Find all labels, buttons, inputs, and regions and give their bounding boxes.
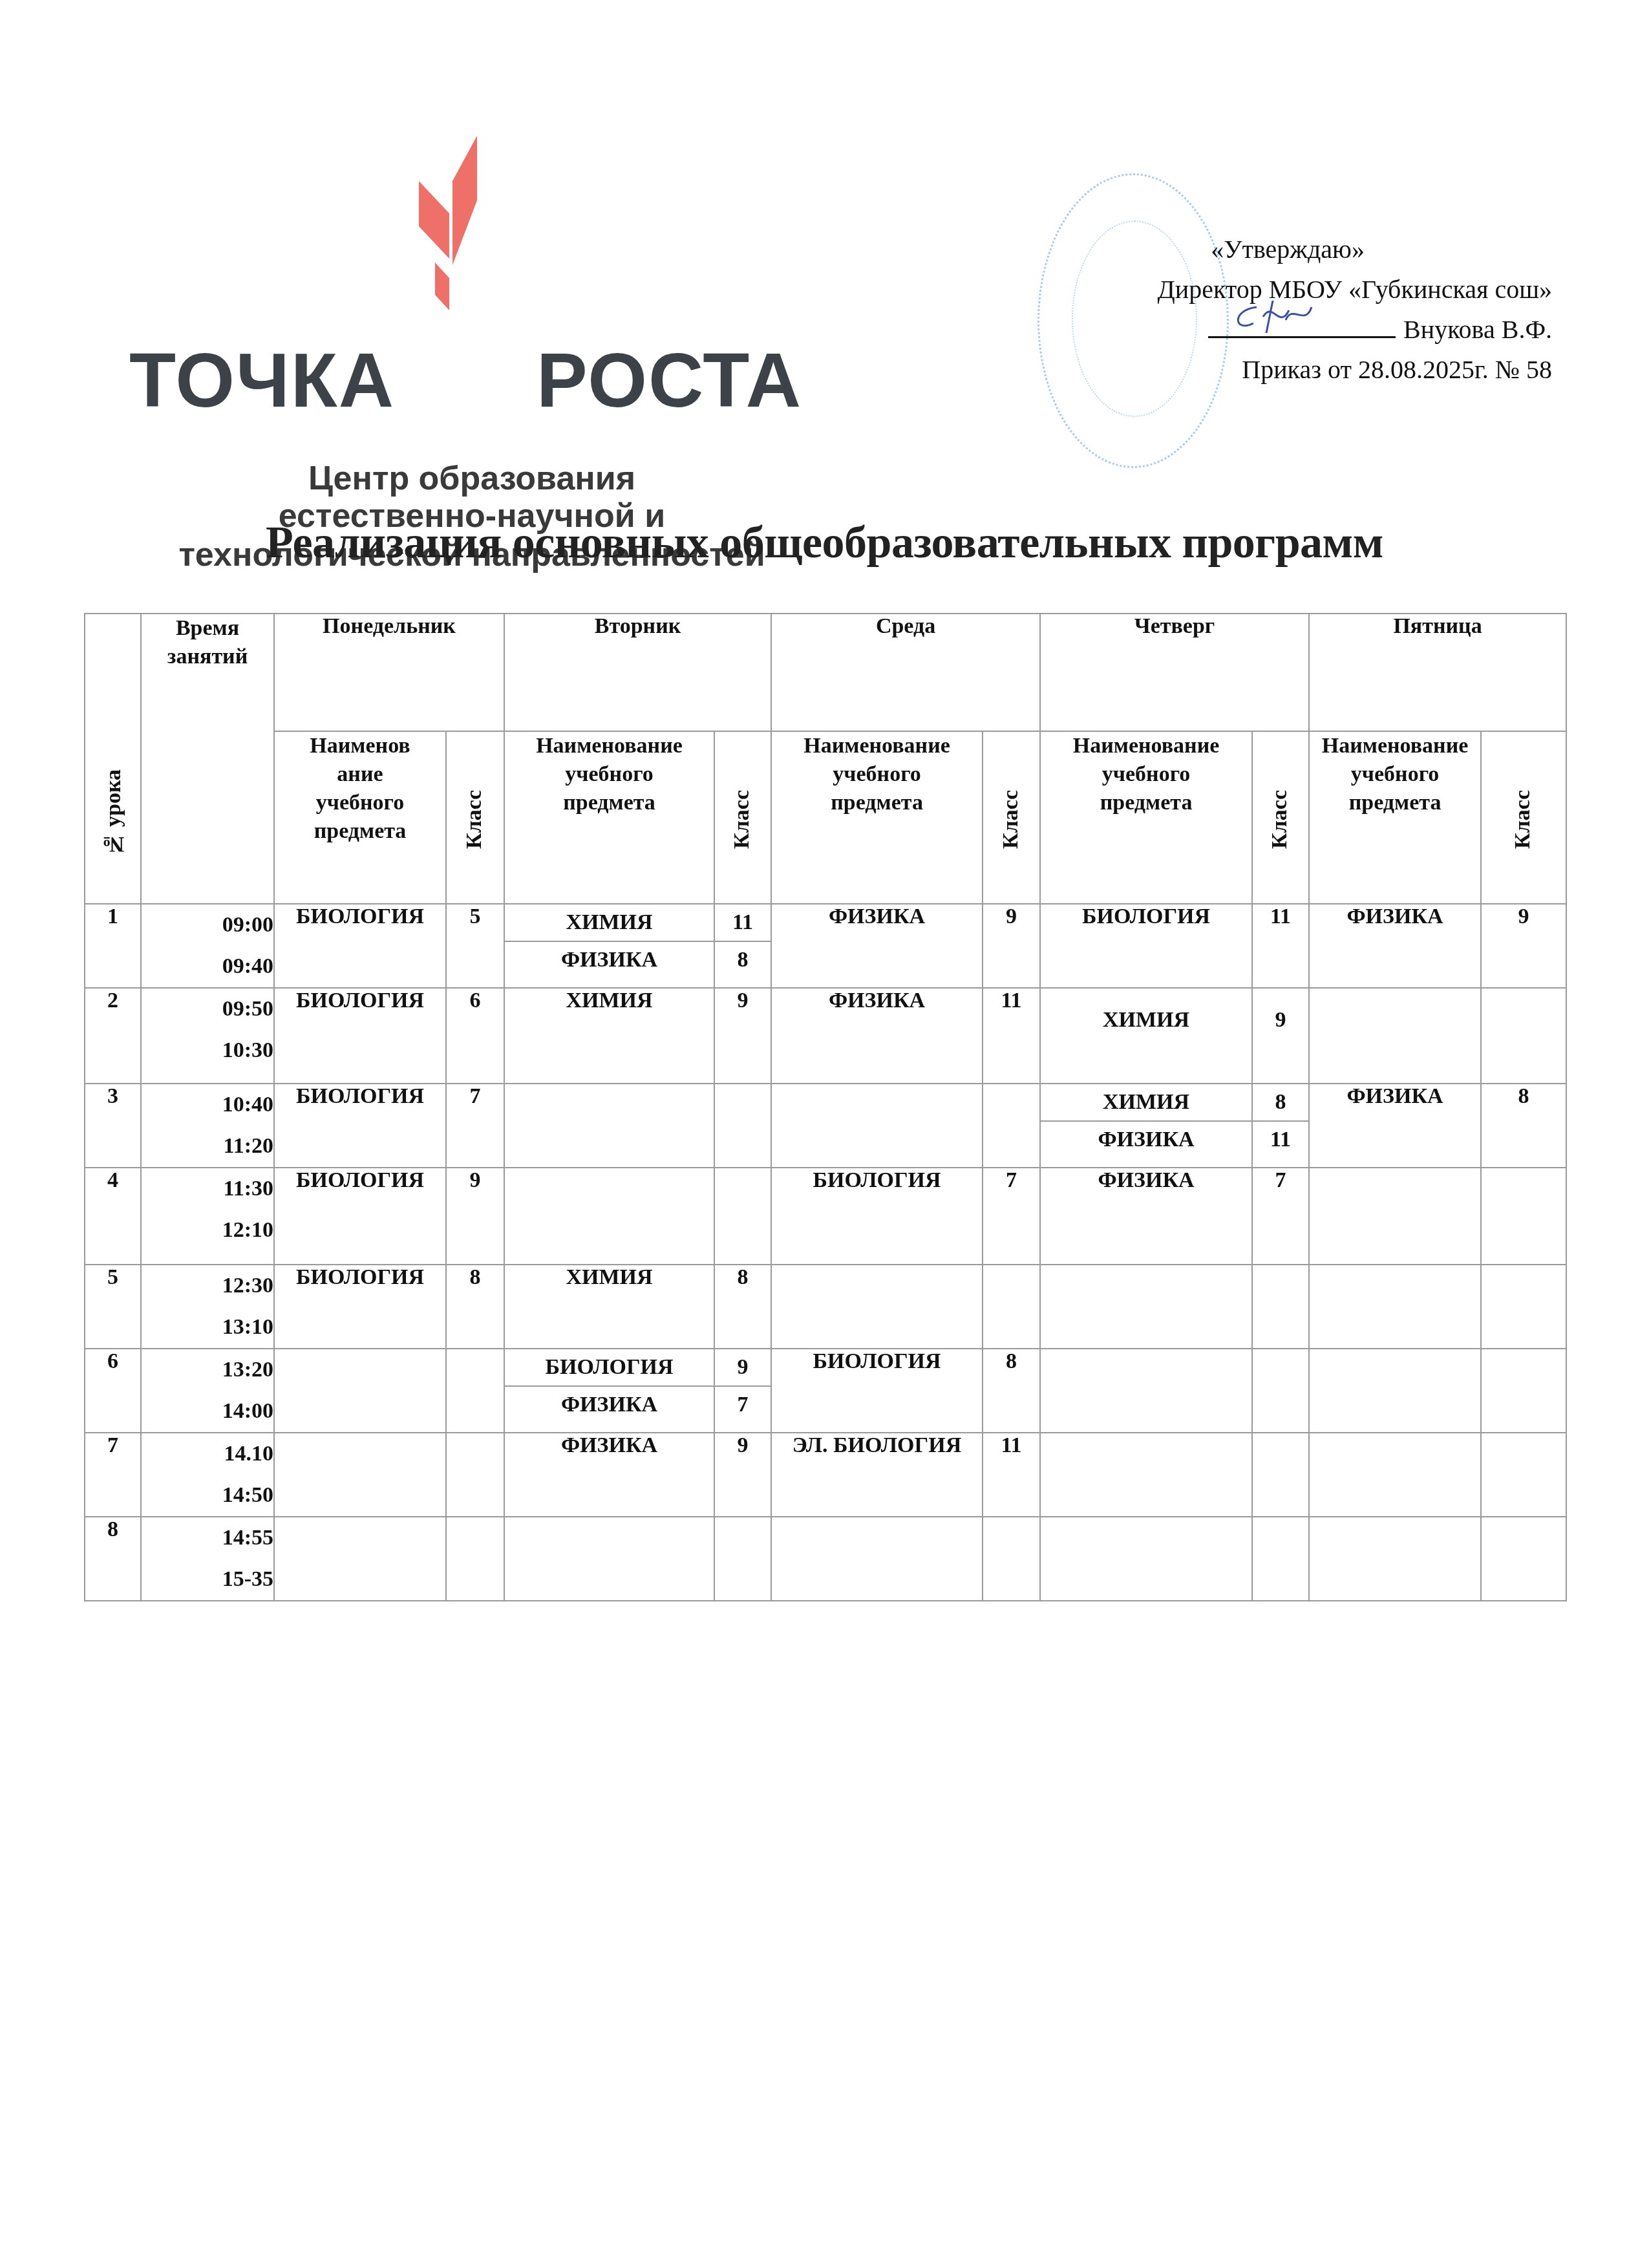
lesson-time: 11:3012:10	[141, 1168, 274, 1265]
lesson-number: 3	[85, 1084, 141, 1168]
table-row: 109:0009:40БИОЛОГИЯ5ХИМИЯФИЗИКА118ФИЗИКА…	[85, 904, 1566, 988]
subject-cell: ФИЗИКА	[1309, 904, 1481, 988]
class-header: Класс	[714, 731, 771, 904]
subject-name-header: Наименованиеучебногопредмета	[504, 731, 714, 904]
class-cell	[1481, 1433, 1566, 1517]
subject-name-header: Наименованиеучебногопредмета	[1040, 731, 1252, 904]
class-cell	[983, 1084, 1040, 1168]
class-cell	[446, 1433, 504, 1517]
subject-cell	[274, 1349, 446, 1433]
lesson-number: 8	[85, 1517, 141, 1601]
class-cell	[714, 1168, 771, 1265]
subject-cell: ФИЗИКА	[1040, 1168, 1252, 1265]
lesson-time: 14.1014:50	[141, 1433, 274, 1517]
class-cell	[1252, 1265, 1309, 1349]
subject-cell	[1309, 1168, 1481, 1265]
class-cell	[983, 1265, 1040, 1349]
subject-cell	[1309, 988, 1481, 1084]
class-header: Класс	[446, 731, 504, 904]
subject-cell: БИОЛОГИЯ	[274, 1168, 446, 1265]
subject-cell: БИОЛОГИЯ	[274, 904, 446, 988]
subject-cell: ХИМИЯФИЗИКА	[504, 904, 714, 988]
class-header: Класс	[983, 731, 1040, 904]
subject-cell	[1040, 1265, 1252, 1349]
subject-name-header: Наименованиеучебногопредмета	[771, 731, 983, 904]
class-cell	[983, 1517, 1040, 1601]
class-cell	[714, 1084, 771, 1168]
class-cell	[1481, 1517, 1566, 1601]
class-cell	[1252, 1433, 1309, 1517]
subject-cell: ХИМИЯФИЗИКА	[1040, 1084, 1252, 1168]
class-cell: 7	[1252, 1168, 1309, 1265]
subject-cell: БИОЛОГИЯ	[274, 1084, 446, 1168]
class-cell: 11	[983, 988, 1040, 1084]
class-cell: 11	[1252, 904, 1309, 988]
class-cell: 8	[1481, 1084, 1566, 1168]
class-header: Класс	[1252, 731, 1309, 904]
subject-cell	[1040, 1517, 1252, 1601]
class-cell: 8	[446, 1265, 504, 1349]
subject-cell: ФИЗИКА	[771, 988, 983, 1084]
table-row: 411:3012:10БИОЛОГИЯ9БИОЛОГИЯ7ФИЗИКА7	[85, 1168, 1566, 1265]
class-cell: 9	[714, 988, 771, 1084]
subject-cell: ЭЛ. БИОЛОГИЯ	[771, 1433, 983, 1517]
class-cell: 118	[714, 904, 771, 988]
subject-cell	[1309, 1349, 1481, 1433]
subject-cell	[771, 1517, 983, 1601]
signature-icon	[1228, 297, 1325, 336]
subject-cell	[504, 1168, 714, 1265]
subject-cell: ХИМИЯ	[504, 1265, 714, 1349]
day-header-wednesday: Среда	[771, 614, 1040, 731]
class-cell: 9	[983, 904, 1040, 988]
subject-name-header: Наименованиеучебногопредмета	[1309, 731, 1481, 904]
order-reference: Приказ от 28.08.2025г. № 58	[1158, 350, 1553, 390]
table-row: 613:2014:00БИОЛОГИЯФИЗИКА97БИОЛОГИЯ8	[85, 1349, 1566, 1433]
class-header: Класс	[1481, 731, 1566, 904]
logo-subtitle-line: Центр образования	[84, 459, 860, 498]
class-cell: 9	[1481, 904, 1566, 988]
day-header-monday: Понедельник	[274, 614, 504, 731]
subject-cell: ФИЗИКА	[1309, 1084, 1481, 1168]
table-row: 714.1014:50ФИЗИКА9ЭЛ. БИОЛОГИЯ11	[85, 1433, 1566, 1517]
approval-heading: «Утверждаю»	[1158, 230, 1365, 270]
time-header: Времязанятий	[141, 614, 274, 904]
subject-cell	[274, 1517, 446, 1601]
logo-word-right: РОСТА	[537, 343, 802, 419]
logo-word-left: ТОЧКА	[129, 343, 395, 419]
class-cell	[446, 1349, 504, 1433]
class-cell: 9	[446, 1168, 504, 1265]
class-cell: 811	[1252, 1084, 1309, 1168]
director-title: Директор МБОУ «Губкинская сош»	[1158, 270, 1553, 310]
lesson-time: 14:5515-35	[141, 1517, 274, 1601]
signer-name: Внукова В.Ф.	[1403, 315, 1552, 344]
day-header-tuesday: Вторник	[504, 614, 771, 731]
class-cell	[1481, 1265, 1566, 1349]
class-cell: 11	[983, 1433, 1040, 1517]
subject-cell: ФИЗИКА	[504, 1433, 714, 1517]
subject-cell	[504, 1084, 714, 1168]
class-cell	[1252, 1349, 1309, 1433]
class-cell: 5	[446, 904, 504, 988]
class-cell	[1252, 1517, 1309, 1601]
subject-cell: ФИЗИКА	[771, 904, 983, 988]
subject-cell: БИОЛОГИЯ	[274, 1265, 446, 1349]
class-cell	[1481, 1168, 1566, 1265]
subject-cell: БИОЛОГИЯ	[274, 988, 446, 1084]
subject-cell	[1309, 1517, 1481, 1601]
approval-block: «Утверждаю» Директор МБОУ «Губкинская со…	[1158, 230, 1553, 390]
subject-cell: ХИМИЯ	[504, 988, 714, 1084]
class-cell: 97	[714, 1349, 771, 1433]
lesson-number: 1	[85, 904, 141, 988]
lesson-time: 09:5010:30	[141, 988, 274, 1084]
subject-cell	[1309, 1433, 1481, 1517]
lesson-time: 13:2014:00	[141, 1349, 274, 1433]
subject-cell	[771, 1084, 983, 1168]
lesson-number: 6	[85, 1349, 141, 1433]
class-cell	[1481, 1349, 1566, 1433]
class-cell: 9	[1252, 988, 1309, 1084]
class-cell: 7	[446, 1084, 504, 1168]
signature-line: Внукова В.Ф.	[1158, 310, 1553, 350]
subject-cell: БИОЛОГИЯ	[1040, 904, 1252, 988]
subject-cell: БИОЛОГИЯ	[771, 1168, 983, 1265]
table-row: 814:5515-35	[85, 1517, 1566, 1601]
lesson-number: 2	[85, 988, 141, 1084]
class-cell	[446, 1517, 504, 1601]
subject-cell: ХИМИЯ	[1040, 988, 1252, 1084]
sprout-icon	[414, 136, 524, 343]
subject-cell	[504, 1517, 714, 1601]
class-cell: 8	[983, 1349, 1040, 1433]
lesson-time: 09:0009:40	[141, 904, 274, 988]
lesson-time: 12:3013:10	[141, 1265, 274, 1349]
subject-cell: БИОЛОГИЯФИЗИКА	[504, 1349, 714, 1433]
lesson-number-header: № урока	[85, 614, 141, 904]
signature-blank	[1208, 317, 1396, 338]
class-cell: 8	[714, 1265, 771, 1349]
table-row: 512:3013:10БИОЛОГИЯ8ХИМИЯ8	[85, 1265, 1566, 1349]
table-row: 209:5010:30БИОЛОГИЯ6ХИМИЯ9ФИЗИКА11ХИМИЯ9	[85, 988, 1566, 1084]
tochka-rosta-logo: ТОЧКА РОСТА Центр образования естественн…	[84, 136, 860, 446]
lesson-time: 10:4011:20	[141, 1084, 274, 1168]
class-cell	[1481, 988, 1566, 1084]
day-header-friday: Пятница	[1309, 614, 1566, 731]
class-cell: 9	[714, 1433, 771, 1517]
class-cell: 7	[983, 1168, 1040, 1265]
lesson-number: 5	[85, 1265, 141, 1349]
table-row: 310:4011:20БИОЛОГИЯ7ХИМИЯФИЗИКА811ФИЗИКА…	[85, 1084, 1566, 1168]
class-cell	[714, 1517, 771, 1601]
day-header-thursday: Четверг	[1040, 614, 1309, 731]
page-title: Реализация основных общеобразовательных …	[0, 517, 1649, 569]
lesson-number: 7	[85, 1433, 141, 1517]
class-cell: 6	[446, 988, 504, 1084]
subject-cell	[1040, 1349, 1252, 1433]
subject-cell	[771, 1265, 983, 1349]
subject-name-header: Наименованиеучебногопредмета	[274, 731, 446, 904]
subject-cell	[1309, 1265, 1481, 1349]
subject-cell: БИОЛОГИЯ	[771, 1349, 983, 1433]
schedule-table: № урока Времязанятий Понедельник Вторник…	[84, 613, 1567, 1601]
subject-cell	[1040, 1433, 1252, 1517]
lesson-number: 4	[85, 1168, 141, 1265]
subject-cell	[274, 1433, 446, 1517]
